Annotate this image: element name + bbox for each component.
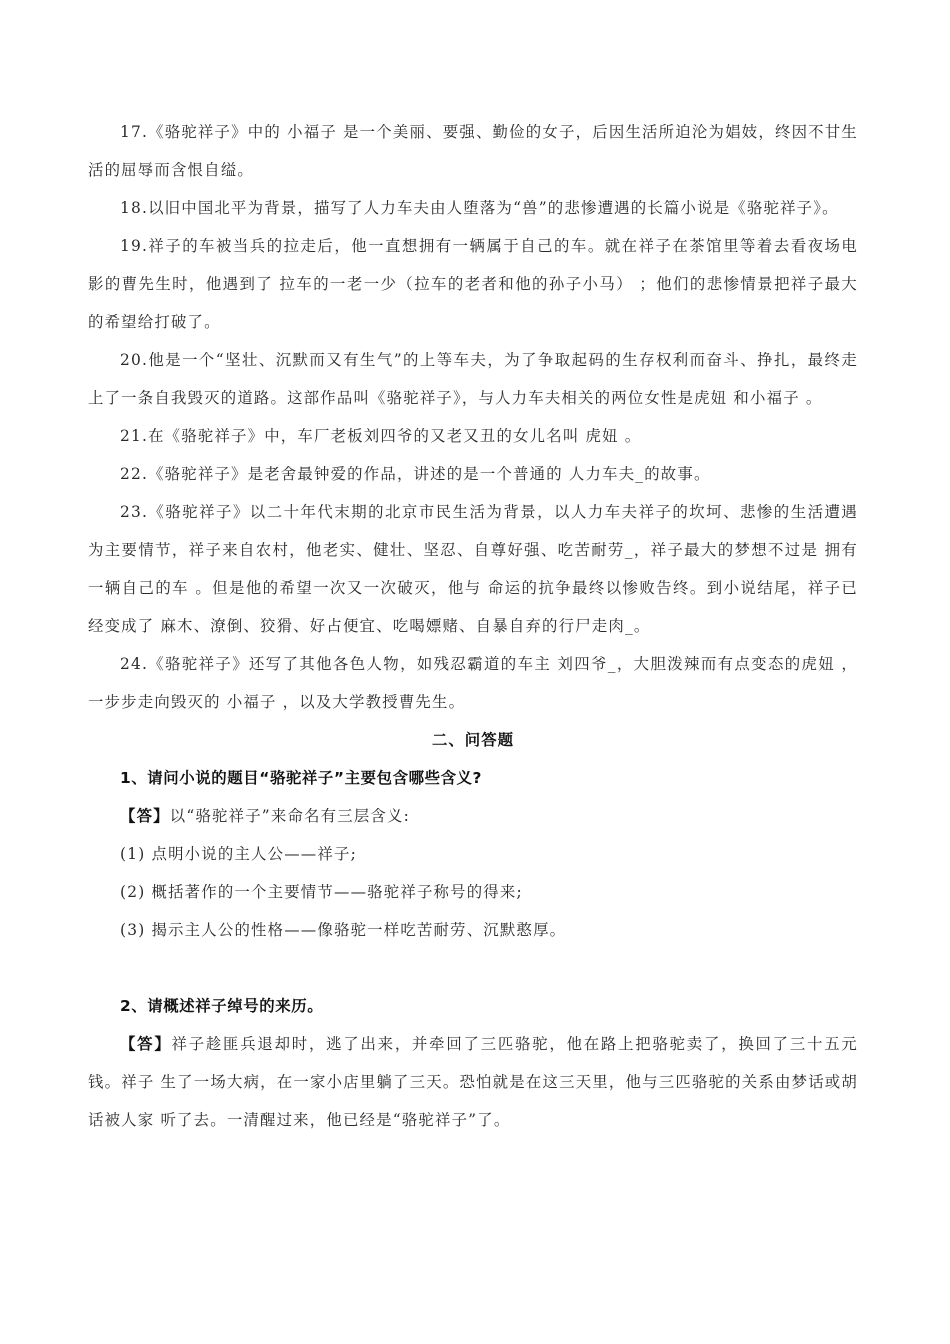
fill-in-item-20: 20.他是一个“坚壮、沉默而又有生气”的上等车夫，为了争取起码的生存权利而奋斗、…: [88, 341, 858, 417]
item-number: 18.: [120, 199, 148, 217]
item-text: 《骆驼祥子》中的 小福子 是一个美丽、要强、勤俭的女子，后因生活所迫沦为娼妓，终…: [88, 123, 858, 179]
item-text: 以旧中国北平为背景，描写了人力车夫由人堕落为“兽”的悲惨遭遇的长篇小说是《骆驼祥…: [148, 199, 839, 217]
fill-in-item-24: 24.《骆驼祥子》还写了其他各色人物，如残忍霸道的车主 刘四爷_，大胆泼辣而有点…: [88, 645, 858, 721]
answer-1-intro: 【答】以“骆驼祥子”来命名有三层含义:: [88, 797, 858, 835]
fill-in-item-22: 22.《骆驼祥子》是老舍最钟爱的作品，讲述的是一个普通的 人力车夫_的故事。: [88, 455, 858, 493]
answer-1-point-1: (1) 点明小说的主人公——祥子;: [88, 835, 858, 873]
item-number: 23.: [120, 503, 148, 521]
item-number: 20.: [120, 351, 148, 369]
section-title: 二、问答题: [88, 721, 858, 759]
fill-in-item-21: 21.在《骆驼祥子》中，车厂老板刘四爷的又老又丑的女儿名叫 虎妞 。: [88, 417, 858, 455]
item-number: 21.: [120, 427, 148, 445]
item-number: 17.: [120, 123, 148, 141]
item-number: 19.: [120, 237, 148, 255]
fill-in-item-17: 17.《骆驼祥子》中的 小福子 是一个美丽、要强、勤俭的女子，后因生活所迫沦为娼…: [88, 113, 858, 189]
answer-2: 【答】祥子趁匪兵退却时，逃了出来，并牵回了三匹骆驼，他在路上把骆驼卖了，换回了三…: [88, 1025, 858, 1139]
answer-intro-text: 以“骆驼祥子”来命名有三层含义:: [170, 807, 410, 825]
item-number: 22.: [120, 465, 148, 483]
item-text: 他是一个“坚壮、沉默而又有生气”的上等车夫，为了争取起码的生存权利而奋斗、挣扎，…: [88, 351, 858, 407]
item-text: 《骆驼祥子》以二十年代末期的北京市民生活为背景，以人力车夫祥子的坎坷、悲惨的生活…: [88, 503, 858, 635]
item-number: 24.: [120, 655, 148, 673]
answer-1-point-2: (2) 概括著作的一个主要情节——骆驼祥子称号的得来;: [88, 873, 858, 911]
fill-in-item-19: 19.祥子的车被当兵的拉走后，他一直想拥有一辆属于自己的车。就在祥子在茶馆里等着…: [88, 227, 858, 341]
answer-tag: 【答】: [120, 807, 170, 825]
fill-in-item-23: 23.《骆驼祥子》以二十年代末期的北京市民生活为背景，以人力车夫祥子的坎坷、悲惨…: [88, 493, 858, 645]
answer-1-point-3: (3) 揭示主人公的性格——像骆驼一样吃苦耐劳、沉默憨厚。: [88, 911, 858, 949]
answer-text: 祥子趁匪兵退却时，逃了出来，并牵回了三匹骆驼，他在路上把骆驼卖了，换回了三十五元…: [88, 1035, 858, 1129]
item-text: 《骆驼祥子》还写了其他各色人物，如残忍霸道的车主 刘四爷_，大胆泼辣而有点变态的…: [88, 655, 858, 711]
document-page: 17.《骆驼祥子》中的 小福子 是一个美丽、要强、勤俭的女子，后因生活所迫沦为娼…: [88, 113, 858, 1139]
item-text: 《骆驼祥子》是老舍最钟爱的作品，讲述的是一个普通的 人力车夫_的故事。: [148, 465, 710, 483]
item-text: 祥子的车被当兵的拉走后，他一直想拥有一辆属于自己的车。就在祥子在茶馆里等着去看夜…: [88, 237, 858, 331]
question-1: 1、请问小说的题目“骆驼祥子”主要包含哪些含义?: [88, 759, 858, 797]
answer-tag: 【答】: [120, 1035, 172, 1053]
fill-in-item-18: 18.以旧中国北平为背景，描写了人力车夫由人堕落为“兽”的悲惨遭遇的长篇小说是《…: [88, 189, 858, 227]
question-2: 2、请概述祥子绰号的来历。: [88, 987, 858, 1025]
item-text: 在《骆驼祥子》中，车厂老板刘四爷的又老又丑的女儿名叫 虎妞 。: [148, 427, 641, 445]
spacer: [88, 949, 858, 987]
